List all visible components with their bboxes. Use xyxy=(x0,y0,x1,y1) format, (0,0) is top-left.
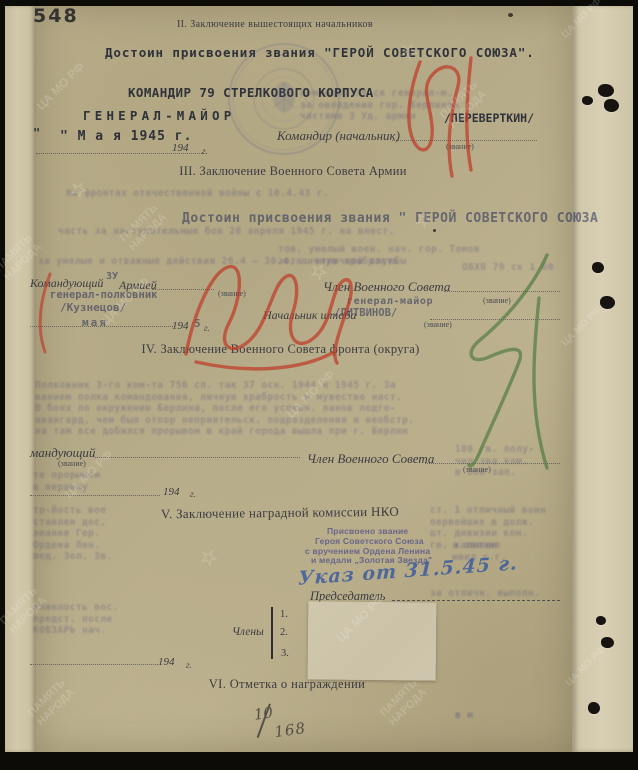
year-suffix: г. xyxy=(202,146,208,156)
award-sheet-scan: 548 II. Заключение вышестоящих начальник… xyxy=(0,0,638,770)
section2-rank: ГЕНЕРАЛ-МАЙОР xyxy=(83,108,235,123)
section3-chief-surname: /ЛИТВИНОВ/ xyxy=(334,307,397,319)
section5-heading: V. Заключение наградной комиссии НКО xyxy=(160,504,400,523)
scan-border-bottom xyxy=(0,752,638,770)
year-stub: 194 xyxy=(172,142,189,154)
dotted-line xyxy=(425,462,560,464)
dotted-line xyxy=(392,139,537,141)
rank-hint: (звание) xyxy=(483,296,511,305)
dotted-line xyxy=(152,288,214,290)
archive-page-number: 548 xyxy=(33,5,79,27)
rank-hint: (звание) xyxy=(218,289,246,298)
signature-line xyxy=(392,599,560,601)
section3-member-label: Член Военного Совета xyxy=(323,279,450,295)
year-stub: 194 xyxy=(158,656,175,668)
section3-heading: III. Заключение Военного Совета Армии xyxy=(173,164,413,179)
round-seal-stamp xyxy=(225,40,343,158)
margin-quote-mark: " xyxy=(33,126,40,140)
punch-hole xyxy=(604,99,619,112)
year-suffix: г. xyxy=(186,660,192,670)
section3-verdict: Достоин присвоения звания " ГЕРОЙ СОВЕТС… xyxy=(182,211,598,226)
ghost-text: ОБХВ 79 ск 1 БФ xyxy=(462,262,572,274)
rank-hint: (звание) xyxy=(463,465,491,474)
rank-hint: (звание) xyxy=(446,142,474,151)
paper-speck xyxy=(508,13,513,17)
section4-member-label: Член Военного Совета xyxy=(307,451,434,467)
ghost-text: за отличн. выполн. xyxy=(430,588,565,600)
year-suffix: г. xyxy=(204,323,210,333)
rank-hint: (звание) xyxy=(58,459,86,468)
frame-number: 10 168 xyxy=(244,693,322,762)
section3-member-rank: генерал-майор xyxy=(347,296,433,307)
punch-hole xyxy=(600,296,615,309)
member-number: 1. xyxy=(280,609,288,620)
year-stub: 194 xyxy=(163,486,180,498)
dotted-line xyxy=(30,494,160,496)
section2-heading: II. Заключение вышестоящих начальников xyxy=(175,19,375,30)
scan-border-left xyxy=(0,0,5,770)
punch-hole xyxy=(596,616,606,625)
punch-hole xyxy=(588,702,600,714)
ghost-text: тр-Йость вое ставлен дос. звание Гер. Ор… xyxy=(33,505,178,563)
members-label: Члены xyxy=(232,626,264,638)
member-number: 3. xyxy=(281,648,289,659)
section4-heading: IV. Заключение Военного Совета фронта (о… xyxy=(133,342,428,357)
section3-army-number: 3У xyxy=(106,271,118,282)
year-digit: 5 xyxy=(194,317,201,330)
ghost-text: тяжелость вос. предст. после КОБЗАРЬ нач… xyxy=(33,602,203,637)
year-suffix: г. xyxy=(190,489,196,499)
punch-hole xyxy=(601,637,614,648)
punch-hole xyxy=(598,84,614,97)
rank-hint: (звание) xyxy=(424,320,452,329)
ghost-text: в м xyxy=(455,710,565,722)
dotted-line xyxy=(95,456,300,458)
page-fold-left xyxy=(4,5,36,753)
scan-border-top xyxy=(0,0,638,6)
frame-number-bottom: 168 xyxy=(273,719,307,741)
scan-border-right xyxy=(633,0,638,770)
dotted-line xyxy=(444,290,560,292)
member-number: 2. xyxy=(280,627,288,638)
year-stub: 194 xyxy=(172,320,189,332)
members-bracket-line xyxy=(271,607,273,659)
punch-hole xyxy=(582,96,593,105)
dotted-line xyxy=(30,663,158,665)
ghost-text: На фронтах отечественной войны с 10.4.43… xyxy=(66,188,496,200)
punch-hole xyxy=(592,262,604,273)
